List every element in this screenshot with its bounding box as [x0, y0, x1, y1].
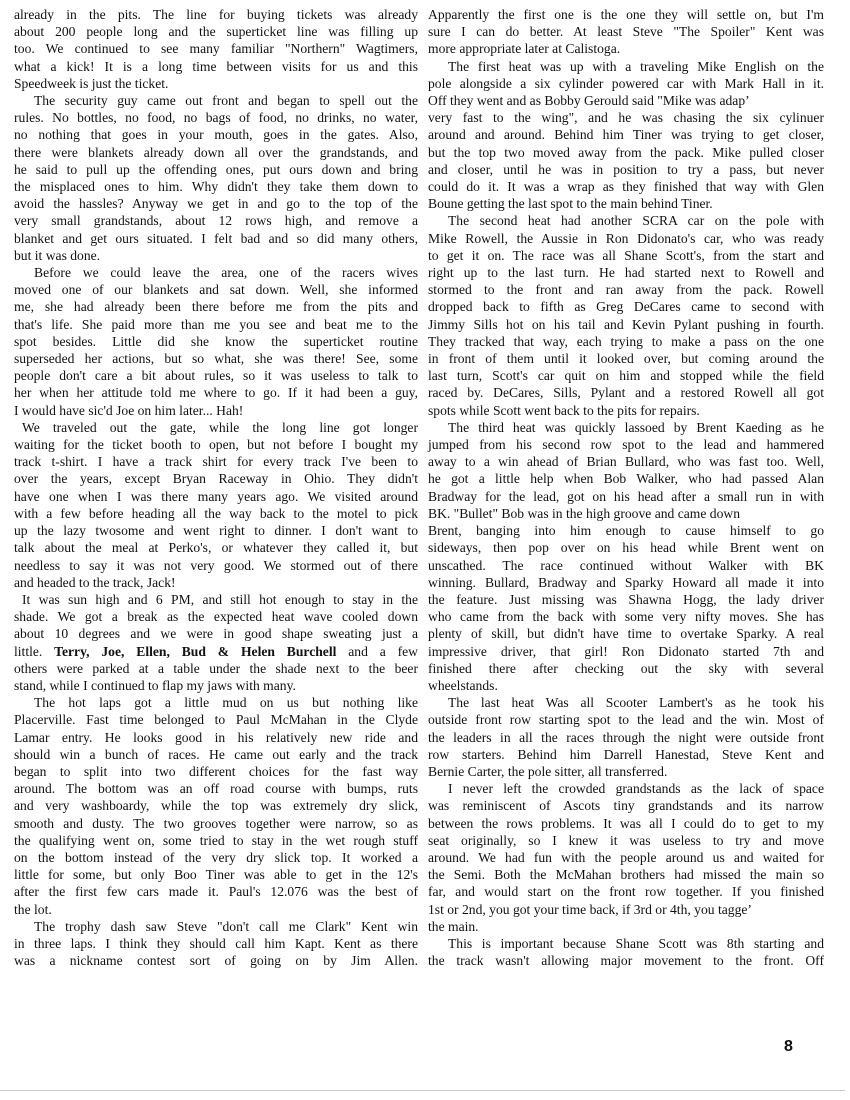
text-line: Mike Rowell, the Aussie in Ron Didonato'…: [428, 230, 824, 247]
text-line: about 200 people long and the superticke…: [14, 23, 418, 40]
text-line: about 10 degrees and we were in good sha…: [14, 625, 418, 642]
text-line: plenty of skill, but didn't have time to…: [428, 625, 824, 642]
text-line: and very washboardy, while the top was e…: [14, 797, 418, 814]
text-run: and a few: [336, 644, 418, 659]
text-line: me, she had already been there before me…: [14, 298, 418, 315]
text-line: around and around. Behind him Tiner was …: [428, 126, 824, 143]
text-line: winning. Bullard, Bradway and Sparky How…: [428, 574, 824, 591]
text-line: around. The bottom was an off road cours…: [14, 780, 418, 797]
text-line: unscathed. The race continued without Wa…: [428, 557, 824, 574]
text-line: It was sun high and 6 PM, and still hot …: [14, 591, 418, 608]
text-line: blanket and get ours situated. I felt ba…: [14, 230, 418, 247]
text-line: 1st or 2nd, you got your time back, if 3…: [428, 901, 824, 918]
text-line: smooth and dusty. The two grooves togeth…: [14, 815, 418, 832]
text-line: in front of them until it looked over, b…: [428, 350, 824, 367]
text-line: was reminiscent of Ascots tiny grandstan…: [428, 797, 824, 814]
text-line: the leaders in all the races through the…: [428, 729, 824, 746]
text-line: Brent, banging into him enough to cause …: [428, 522, 824, 539]
text-line: Lamar entry. He looks good in his relati…: [14, 729, 418, 746]
text-line: impressive driver, that girl! Ron Didona…: [428, 643, 824, 660]
text-line: the main.: [428, 918, 824, 935]
text-line: on the bottom instead of the very dry sl…: [14, 849, 418, 866]
text-line: too. We continued to see many familiar "…: [14, 40, 418, 57]
text-line: The second heat had another SCRA car on …: [428, 212, 824, 229]
text-line: The security guy came out front and bega…: [14, 92, 418, 109]
text-line: Jimmy Sills hot on his tail and Kevin Py…: [428, 316, 824, 333]
text-line: last turn, Scott's car quit on him and s…: [428, 367, 824, 384]
text-line: others were parked at a table under the …: [14, 660, 418, 677]
text-line: people don't care a bit about rules, so …: [14, 367, 418, 384]
text-line: the qualifying went on, some tried to st…: [14, 832, 418, 849]
text-line: her when her attitude told me where to g…: [14, 384, 418, 401]
text-line: little. Terry, Joe, Ellen, Bud & Helen B…: [14, 643, 418, 660]
text-line: Before we could leave the area, one of t…: [14, 264, 418, 281]
text-line: away to a win ahead of Brian Bullard, wh…: [428, 453, 824, 470]
text-line: the track wasn't allowing major movement…: [428, 952, 824, 969]
text-line: who came from the back with some very ni…: [428, 608, 824, 625]
text-line: with a few before heading all the way ba…: [14, 505, 418, 522]
text-line: needless to say it was not very good. We…: [14, 557, 418, 574]
text-line: wheelstands.: [428, 677, 824, 694]
text-line: there were blankets already down all ove…: [14, 144, 418, 161]
text-line: have one when I was there many years ago…: [14, 488, 418, 505]
text-line: seat originally, so I knew it was useles…: [428, 832, 824, 849]
text-line: rules. No bottles, no food, no bags of f…: [14, 109, 418, 126]
page-bottom-rule: [0, 1090, 845, 1091]
text-line: Off they went and as Bobby Gerould said …: [428, 92, 824, 109]
left-column: already in the pits. The line for buying…: [14, 6, 418, 969]
text-line: already in the pits. The line for buying…: [14, 6, 418, 23]
text-line: in three laps. I think they should call …: [14, 935, 418, 952]
text-line: We traveled out the gate, while the long…: [14, 419, 418, 436]
text-line: superseded her actions, but so what, she…: [14, 350, 418, 367]
text-line: very small grandstands, about 12 rows hi…: [14, 212, 418, 229]
text-run: little.: [14, 644, 54, 659]
text-line: began to split into two different choice…: [14, 763, 418, 780]
text-line: The last heat Was all Scooter Lambert's …: [428, 694, 824, 711]
text-line: The trophy dash saw Steve "don't call me…: [14, 918, 418, 935]
text-line: right up to the last turn. He had starte…: [428, 264, 824, 281]
text-line: I never left the crowded grandstands as …: [428, 780, 824, 797]
text-line: he got a little help when Bob Walker, wh…: [428, 470, 824, 487]
text-line: row starters. Behind him Darrell Hanesta…: [428, 746, 824, 763]
text-line: that's life. She paid more than me you s…: [14, 316, 418, 333]
text-line: spots while Scott went back to the pits …: [428, 402, 824, 419]
text-line: more appropriate later at Calistoga.: [428, 40, 824, 57]
text-line: They tracked that way, each trying to ma…: [428, 333, 824, 350]
text-line: could do it. It was a wrap as they finis…: [428, 178, 824, 195]
text-line: no nothing that goes in your mouth, goes…: [14, 126, 418, 143]
text-line: should win a bunch of races. He came out…: [14, 746, 418, 763]
text-line: was a nickname contest sort of going on …: [14, 952, 418, 969]
text-line: the feature. Just missing was Shawna Hog…: [428, 591, 824, 608]
text-line: and closer, until he was in position to …: [428, 161, 824, 178]
text-line: but the top two moved away from the pack…: [428, 144, 824, 161]
text-line: Speedweek is just the ticket.: [14, 75, 418, 92]
text-line: what a kick! It is a long time between v…: [14, 58, 418, 75]
text-line: stand, while I continued to flap my jaws…: [14, 677, 418, 694]
text-line: Apparently the first one is the one they…: [428, 6, 824, 23]
text-line: I would have sic'd Joe on him later... H…: [14, 402, 418, 419]
text-line: BK. "Bullet" Bob was in the high groove …: [428, 505, 824, 522]
text-line: talk about the meal at Perko's, or whate…: [14, 539, 418, 556]
text-line: sideways, then pop over on his head whil…: [428, 539, 824, 556]
text-line: shade. We got a break as the expected he…: [14, 608, 418, 625]
text-line: spot besides. Little did she know the su…: [14, 333, 418, 350]
text-line: Placerville. Fast time belonged to Paul …: [14, 711, 418, 728]
text-line: he said to pull up the offending ones, p…: [14, 161, 418, 178]
text-line: and headed to the track, Jack!: [14, 574, 418, 591]
text-line: the misplaced ones to him. Why didn't th…: [14, 178, 418, 195]
text-line: The third heat was quickly lassoed by Br…: [428, 419, 824, 436]
right-column: Apparently the first one is the one they…: [428, 6, 824, 969]
bold-names: Terry, Joe, Ellen, Bud & Helen Burchell: [54, 644, 336, 659]
text-line: Bradway for the lead, got on his head af…: [428, 488, 824, 505]
text-line: The hot laps got a little mud on us but …: [14, 694, 418, 711]
text-line: far, and would start on the front row to…: [428, 883, 824, 900]
text-line: sure I can do better. At least Steve "Th…: [428, 23, 824, 40]
text-line: pole alongside a six cylinder powered ca…: [428, 75, 824, 92]
text-line: Bernie Carter, the pole sitter, all tran…: [428, 763, 824, 780]
text-line: This is important because Shane Scott wa…: [428, 935, 824, 952]
text-line: but it was done.: [14, 247, 418, 264]
page-number: 8: [784, 1038, 793, 1056]
text-line: finished there after checking out the sk…: [428, 660, 824, 677]
text-line: the lot.: [14, 901, 418, 918]
text-line: to get it on. The race was all Shane Sco…: [428, 247, 824, 264]
text-line: around. We had fun with the people aroun…: [428, 849, 824, 866]
text-line: up the lazy twosome and went right to di…: [14, 522, 418, 539]
text-line: Boune getting the last spot to the main …: [428, 195, 824, 212]
text-line: track t-shirt. I have a track shirt for …: [14, 453, 418, 470]
text-line: over the years, except Bryan Raceway in …: [14, 470, 418, 487]
text-line: the Semi. Both the McMahan brothers had …: [428, 866, 824, 883]
text-line: after the first few cars made it. Paul's…: [14, 883, 418, 900]
text-line: waiting for the ticket booth to open, bu…: [14, 436, 418, 453]
text-line: moved one of our blankets and sat down. …: [14, 281, 418, 298]
text-line: raced by. DeCares, Sills, Pylant and a r…: [428, 384, 824, 401]
text-line: little for some, but only Boo Tiner was …: [14, 866, 418, 883]
text-line: outside front row starting spot to the l…: [428, 711, 824, 728]
text-line: dropped back to fifth as Greg DeCares ca…: [428, 298, 824, 315]
text-line: very fast to the wing", and he was chasi…: [428, 109, 824, 126]
text-line: between the rows problems. It was all I …: [428, 815, 824, 832]
text-line: avoid the hassles? Anyway we get in and …: [14, 195, 418, 212]
text-line: stormed to the front and ran away from t…: [428, 281, 824, 298]
text-line: The first heat was up with a traveling M…: [428, 58, 824, 75]
text-line: jumped from his second row spot to the l…: [428, 436, 824, 453]
